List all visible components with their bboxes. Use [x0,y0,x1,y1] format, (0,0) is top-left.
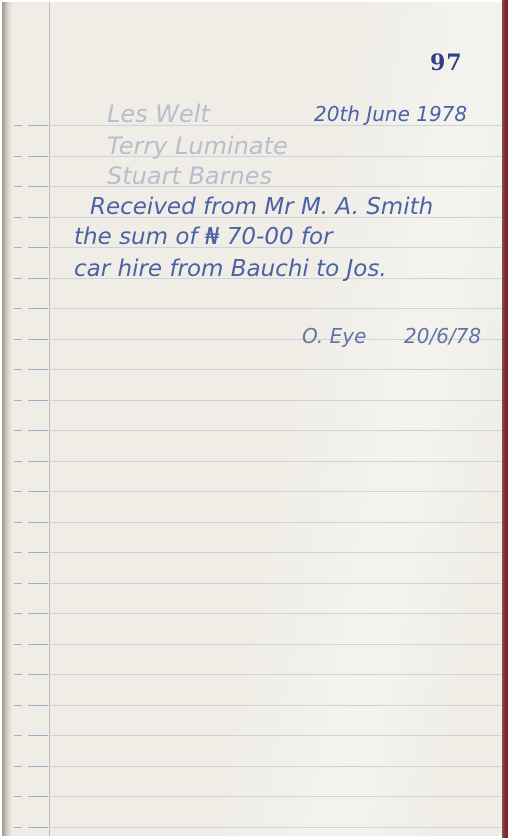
receipt-line-1: Received from Mr M. A. Smith [90,194,433,220]
margin-dash [14,613,48,614]
margin-dash [14,674,48,675]
rule-line [50,461,502,462]
page-number: 97 [430,50,463,76]
rule-line [50,705,502,706]
rule-line [50,674,502,675]
margin-dash [14,583,48,584]
margin-dash [14,552,48,553]
margin-dash [14,522,48,523]
receipt-date: 20th June 1978 [314,102,467,126]
ruled-lines [2,2,502,836]
faint-name-1: Les Welt [107,100,210,128]
signature: O. Eye [302,324,366,348]
margin-dash [14,705,48,706]
margin-dash [14,369,48,370]
rule-line [50,735,502,736]
faint-name-2: Terry Luminate [107,132,288,160]
margin-dash [14,766,48,767]
margin-dash [14,827,48,828]
receipt-line-2: the sum of ₦ 70-00 for [74,224,333,250]
faint-name-3: Stuart Barnes [107,162,272,190]
margin-dash [14,461,48,462]
rule-line [50,583,502,584]
margin-dash [14,796,48,797]
notebook-cover-edge [502,0,508,838]
rule-line [50,491,502,492]
margin-dash [14,308,48,309]
signature-date: 20/6/78 [404,324,481,348]
margin-dash [14,644,48,645]
margin-dash [14,491,48,492]
rule-line [50,796,502,797]
margin-dash [14,278,48,279]
rule-line [50,522,502,523]
margin-dash [14,247,48,248]
margin-dash [14,430,48,431]
margin-dash [14,186,48,187]
rule-line [50,400,502,401]
margin-dash [14,125,48,126]
rule-line [50,613,502,614]
rule-line [50,552,502,553]
rule-line [50,644,502,645]
margin-dash [14,400,48,401]
rule-line [50,369,502,370]
margin-dash [14,217,48,218]
rule-line [50,827,502,828]
rule-line [50,308,502,309]
rule-line [50,766,502,767]
margin-dash [14,735,48,736]
margin-dash [14,156,48,157]
rule-line [50,430,502,431]
receipt-line-3: car hire from Bauchi to Jos. [74,256,387,282]
margin-dash [14,339,48,340]
notebook-page: 97 Les Welt Terry Luminate Stuart Barnes… [2,2,502,836]
